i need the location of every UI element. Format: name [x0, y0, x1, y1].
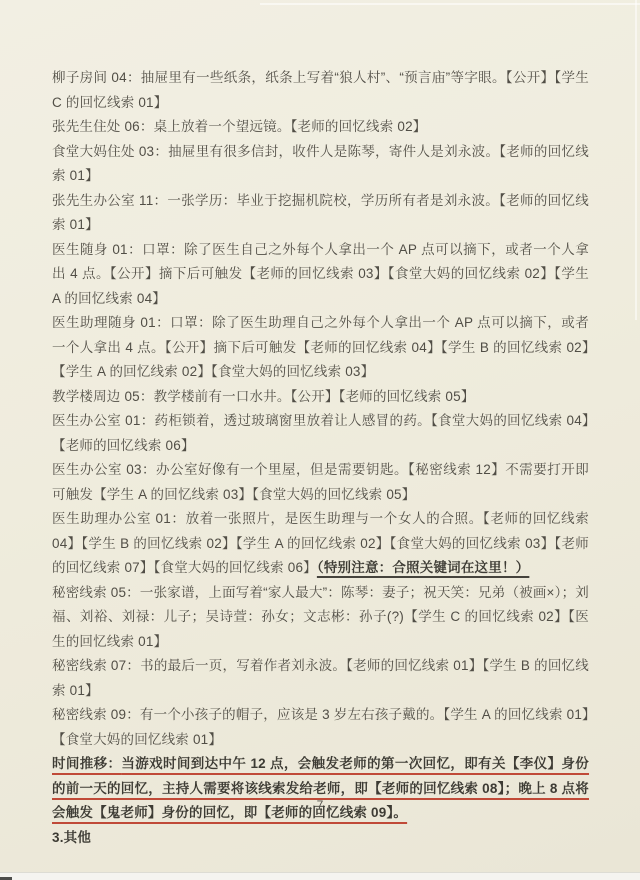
- scan-strip-bottom: [0, 872, 640, 880]
- clue-text: 医生办公室 03：办公室好像有一个里屋，但是需要钥匙。【秘密线索 12】不需要打…: [52, 462, 589, 502]
- scan-edge-top: [260, 3, 640, 5]
- time-progression-label: 时间推移：: [52, 756, 121, 771]
- clue-paragraph-assistant-office-01: 医生助理办公室 01：放着一张照片，是医生助理与一个女人的合照。【老师的回忆线索…: [52, 507, 589, 581]
- scan-edge-right: [635, 0, 637, 320]
- clue-text: 张先生办公室 11：一张学历：毕业于挖掘机院校，学历所有者是刘永波。【老师的回忆…: [52, 193, 589, 233]
- clue-text: 食堂大妈住处 03：抽屉里有很多信封，收件人是陈琴，寄件人是刘永波。【老师的回忆…: [52, 144, 589, 184]
- photo-keyword-note: （特别注意：合照关键词在这里！）: [317, 560, 529, 575]
- clue-text: 秘密线索 07：书的最后一页，写着作者刘永波。【老师的回忆线索 01】【学生 B…: [52, 658, 589, 698]
- clue-paragraph-mr-zhang-residence-06: 张先生住处 06：桌上放着一个望远镜。【老师的回忆线索 02】: [52, 115, 589, 140]
- section-heading-other: 3.其他: [52, 826, 589, 851]
- clue-paragraph-doctor-office-01: 医生办公室 01：药柜锁着，透过玻璃窗里放着让人感冒的药。【食堂大妈的回忆线索 …: [52, 409, 589, 458]
- clue-paragraph-assistant-person-01: 医生助理随身 01：口罩：除了医生助理自己之外每个人拿出一个 AP 点可以摘下，…: [52, 311, 589, 385]
- clue-text: 医生随身 01：口罩：除了医生自己之外每个人拿出一个 AP 点可以摘下，或者一个…: [52, 242, 589, 306]
- document-body: 柳子房间 04：抽屉里有一些纸条，纸条上写着“狼人村”、“预言庙”等字眼。【公开…: [52, 66, 589, 850]
- time-progression-paragraph: 时间推移：当游戏时间到达中午 12 点，会触发老师的第一次回忆，即有关【李仪】身…: [52, 752, 589, 826]
- clue-paragraph-liuzi-room-04: 柳子房间 04：抽屉里有一些纸条，纸条上写着“狼人村”、“预言庙”等字眼。【公开…: [52, 66, 589, 115]
- clue-text: 教学楼周边 05：教学楼前有一口水井。【公开】【老师的回忆线索 05】: [52, 389, 475, 404]
- clue-text: 秘密线索 09：有一个小孩子的帽子，应该是 3 岁左右孩子戴的。【学生 A 的回…: [52, 707, 589, 747]
- clue-paragraph-canteen-lady-residence-03: 食堂大妈住处 03：抽屉里有很多信封，收件人是陈琴，寄件人是刘永波。【老师的回忆…: [52, 140, 589, 189]
- clue-paragraph-doctor-person-01: 医生随身 01：口罩：除了医生自己之外每个人拿出一个 AP 点可以摘下，或者一个…: [52, 238, 589, 312]
- document-page: 柳子房间 04：抽屉里有一些纸条，纸条上写着“狼人村”、“预言庙”等字眼。【公开…: [0, 0, 640, 880]
- clue-paragraph-doctor-office-03: 医生办公室 03：办公室好像有一个里屋，但是需要钥匙。【秘密线索 12】不需要打…: [52, 458, 589, 507]
- clue-paragraph-secret-07: 秘密线索 07：书的最后一页，写着作者刘永波。【老师的回忆线索 01】【学生 B…: [52, 654, 589, 703]
- clue-text: 秘密线索 05：一张家谱，上面写着“家人最大”：陈琴：妻子；祝天笑：兄弟（被画×…: [52, 585, 589, 649]
- clue-paragraph-secret-09: 秘密线索 09：有一个小孩子的帽子，应该是 3 岁左右孩子戴的。【学生 A 的回…: [52, 703, 589, 752]
- clue-text: 张先生住处 06：桌上放着一个望远镜。【老师的回忆线索 02】: [52, 119, 426, 134]
- page-number: 7: [0, 798, 640, 812]
- clue-paragraph-mr-zhang-office-11: 张先生办公室 11：一张学历：毕业于挖掘机院校，学历所有者是刘永波。【老师的回忆…: [52, 189, 589, 238]
- clue-text: 柳子房间 04：抽屉里有一些纸条，纸条上写着“狼人村”、“预言庙”等字眼。【公开…: [52, 70, 589, 110]
- clue-text: 医生助理随身 01：口罩：除了医生助理自己之外每个人拿出一个 AP 点可以摘下，…: [52, 315, 589, 379]
- clue-paragraph-teaching-building-05: 教学楼周边 05：教学楼前有一口水井。【公开】【老师的回忆线索 05】: [52, 385, 589, 410]
- clue-paragraph-secret-05: 秘密线索 05：一张家谱，上面写着“家人最大”：陈琴：妻子；祝天笑：兄弟（被画×…: [52, 581, 589, 655]
- clue-text: 医生办公室 01：药柜锁着，透过玻璃窗里放着让人感冒的药。【食堂大妈的回忆线索 …: [52, 413, 589, 453]
